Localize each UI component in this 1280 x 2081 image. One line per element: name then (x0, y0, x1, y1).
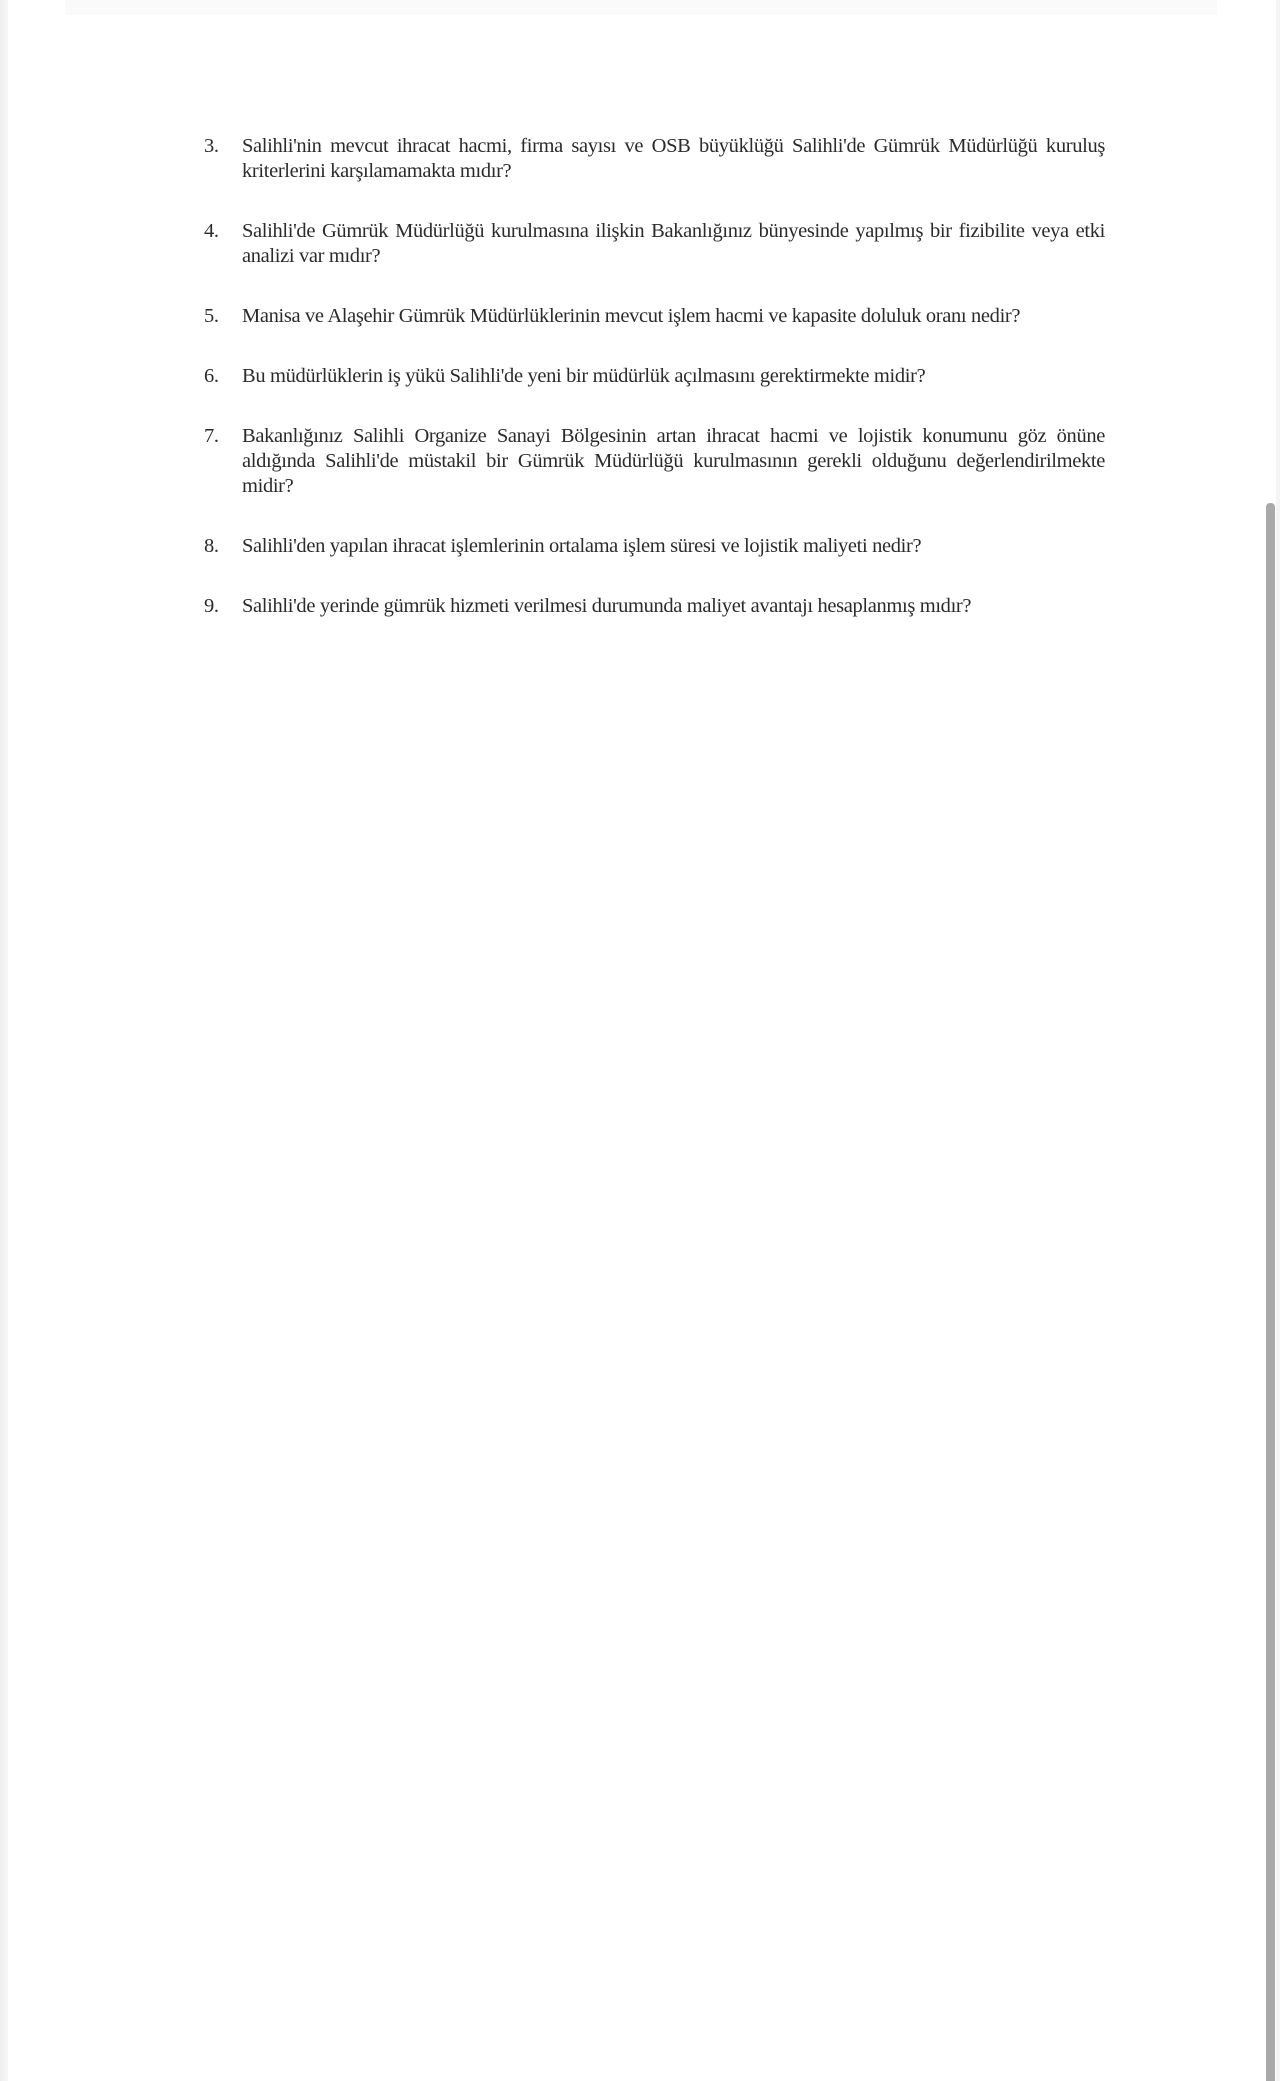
question-item: 9. Salihli'de yerinde gümrük hizmeti ver… (200, 594, 1105, 619)
top-page-edge (65, 0, 1217, 15)
question-text: Salihli'de Gümrük Müdürlüğü kurulmasına … (242, 219, 1105, 269)
question-text: Bakanlığınız Salihli Organize Sanayi Böl… (242, 424, 1105, 499)
document-page: 3. Salihli'nin mevcut ihracat hacmi, fir… (200, 134, 1105, 654)
question-item: 4. Salihli'de Gümrük Müdürlüğü kurulması… (200, 219, 1105, 269)
left-edge-shadow (0, 0, 8, 2081)
question-number: 7. (204, 424, 219, 449)
question-text: Salihli'de yerinde gümrük hizmeti verilm… (242, 594, 1105, 619)
question-text: Salihli'den yapılan ihracat işlemlerinin… (242, 534, 1105, 559)
right-edge-shadow (1276, 0, 1280, 2081)
question-text: Bu müdürlüklerin iş yükü Salihli'de yeni… (242, 364, 1105, 389)
question-item: 7. Bakanlığınız Salihli Organize Sanayi … (200, 424, 1105, 499)
question-item: 5. Manisa ve Alaşehir Gümrük Müdürlükler… (200, 304, 1105, 329)
question-item: 3. Salihli'nin mevcut ihracat hacmi, fir… (200, 134, 1105, 184)
question-number: 9. (204, 594, 219, 619)
question-number: 4. (204, 219, 219, 244)
question-number: 6. (204, 364, 219, 389)
question-text: Salihli'nin mevcut ihracat hacmi, firma … (242, 134, 1105, 184)
question-item: 8. Salihli'den yapılan ihracat işlemleri… (200, 534, 1105, 559)
scrollbar-thumb[interactable] (1266, 503, 1275, 2081)
question-number: 5. (204, 304, 219, 329)
question-number: 8. (204, 534, 219, 559)
question-item: 6. Bu müdürlüklerin iş yükü Salihli'de y… (200, 364, 1105, 389)
question-number: 3. (204, 134, 219, 159)
question-text: Manisa ve Alaşehir Gümrük Müdürlüklerini… (242, 304, 1105, 329)
